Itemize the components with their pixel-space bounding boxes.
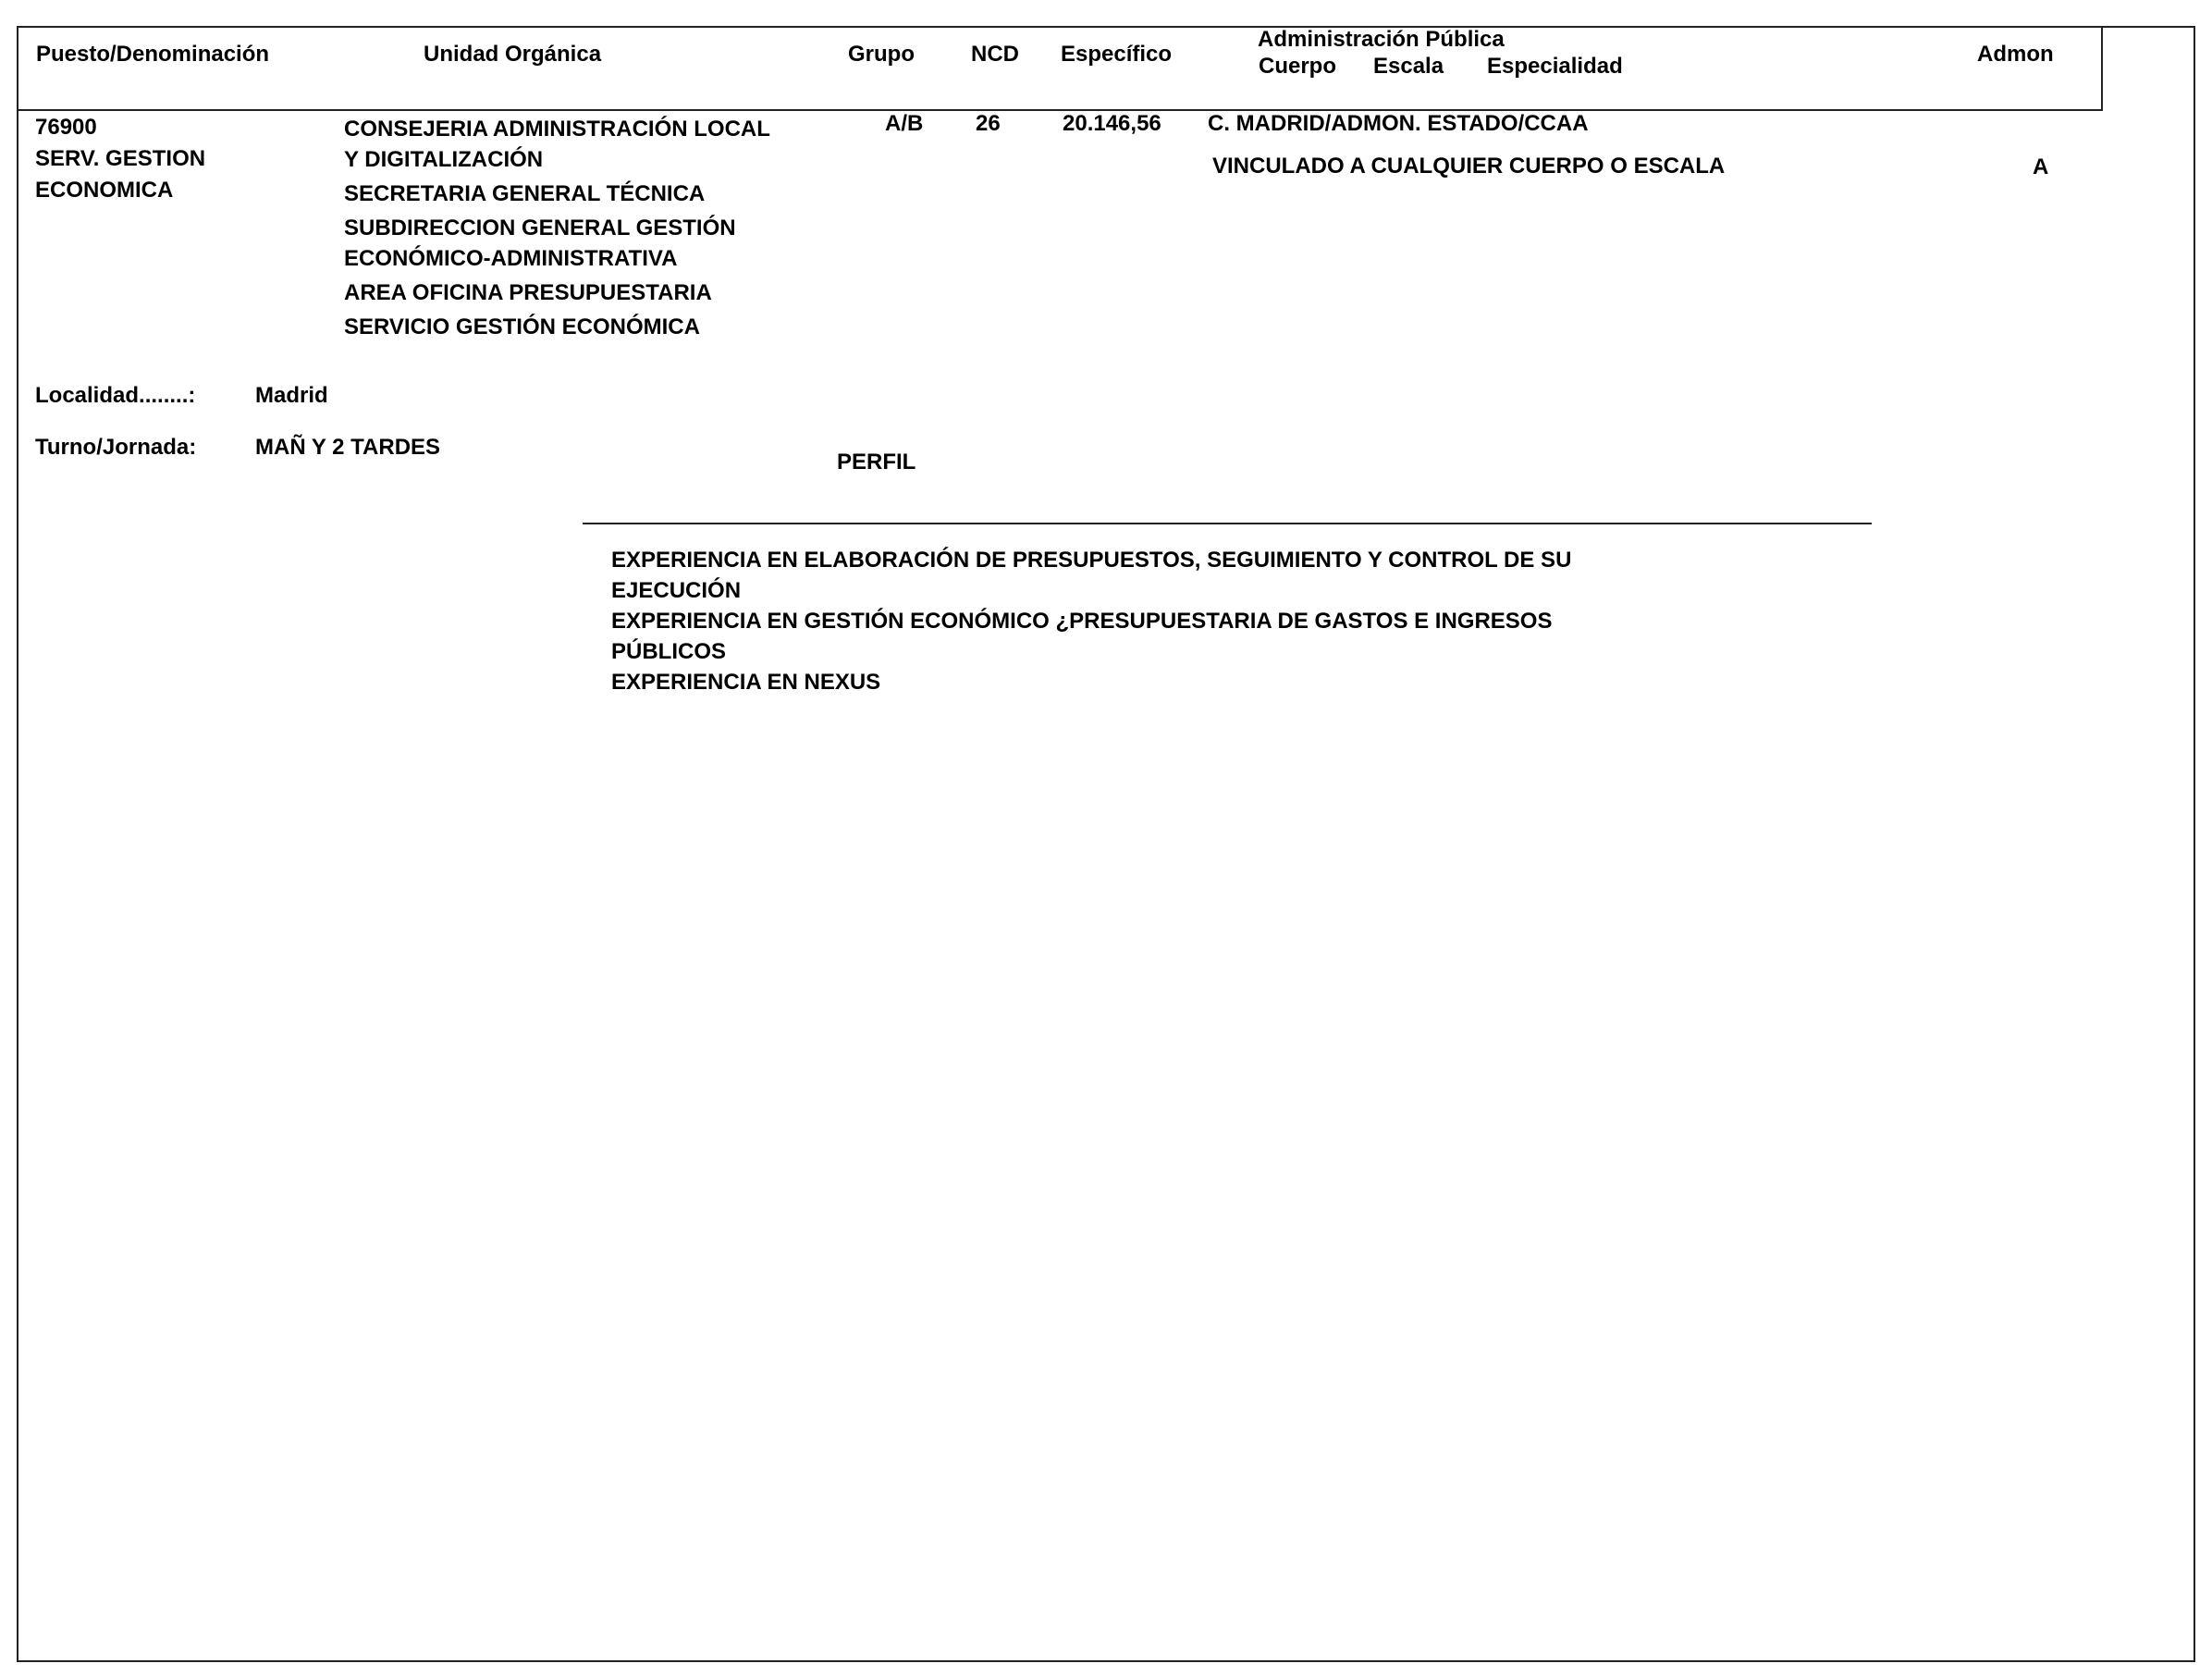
puesto-cell: 76900 SERV. GESTION ECONOMICA bbox=[35, 112, 205, 206]
localidad-label: Localidad........: bbox=[35, 385, 195, 407]
unidad-organica-cell: CONSEJERIA ADMINISTRACIÓN LOCAL Y DIGITA… bbox=[344, 114, 770, 346]
unidad-subdireccion: SUBDIRECCION GENERAL GESTIÓN ECONÓMICO-A… bbox=[344, 213, 770, 274]
unidad-line: AREA OFICINA PRESUPUESTARIA bbox=[344, 277, 770, 308]
especifico-value: 20.146,56 bbox=[1063, 113, 1161, 135]
puesto-denominacion-1: SERV. GESTION bbox=[35, 143, 205, 175]
cuerpo-escala-value: VINCULADO A CUALQUIER CUERPO O ESCALA bbox=[1212, 155, 1725, 178]
header-escala: Escala bbox=[1373, 55, 1444, 78]
unidad-secretaria: SECRETARIA GENERAL TÉCNICA bbox=[344, 179, 770, 209]
perfil-line: EXPERIENCIA EN ELABORACIÓN DE PRESUPUEST… bbox=[611, 545, 1571, 575]
localidad-value: Madrid bbox=[255, 385, 328, 407]
header-box-bottom bbox=[17, 109, 2103, 111]
admon-value: A bbox=[2033, 156, 2048, 179]
perfil-line: EXPERIENCIA EN GESTIÓN ECONÓMICO ¿PRESUP… bbox=[611, 606, 1571, 636]
unidad-line: SUBDIRECCION GENERAL GESTIÓN bbox=[344, 213, 770, 243]
perfil-line: PÚBLICOS bbox=[611, 636, 1571, 667]
header-puesto: Puesto/Denominación bbox=[36, 43, 269, 66]
administracion-value: C. MADRID/ADMON. ESTADO/CCAA bbox=[1208, 113, 1589, 135]
perfil-divider bbox=[583, 523, 1872, 524]
header-cuerpo: Cuerpo bbox=[1259, 55, 1336, 78]
perfil-line: EJECUCIÓN bbox=[611, 575, 1571, 606]
turno-value: MAÑ Y 2 TARDES bbox=[255, 437, 440, 459]
header-admon: Admon bbox=[1977, 43, 2054, 66]
puesto-codigo: 76900 bbox=[35, 112, 205, 143]
unidad-line: CONSEJERIA ADMINISTRACIÓN LOCAL bbox=[344, 114, 770, 144]
unidad-servicio: SERVICIO GESTIÓN ECONÓMICA bbox=[344, 312, 770, 342]
header-box-right bbox=[2101, 26, 2103, 111]
perfil-lines: EXPERIENCIA EN ELABORACIÓN DE PRESUPUEST… bbox=[611, 545, 1571, 697]
puesto-denominacion-2: ECONOMICA bbox=[35, 175, 205, 206]
header-unidad: Unidad Orgánica bbox=[424, 43, 601, 66]
unidad-area: AREA OFICINA PRESUPUESTARIA bbox=[344, 277, 770, 308]
unidad-line: SECRETARIA GENERAL TÉCNICA bbox=[344, 179, 770, 209]
page-frame-bottom bbox=[17, 1660, 2195, 1662]
ncd-value: 26 bbox=[976, 113, 1001, 135]
turno-label: Turno/Jornada: bbox=[35, 437, 196, 459]
header-admin-publica: Administración Pública bbox=[1258, 29, 1505, 51]
grupo-value: A/B bbox=[885, 113, 923, 135]
unidad-line: Y DIGITALIZACIÓN bbox=[344, 144, 770, 175]
unidad-consejeria: CONSEJERIA ADMINISTRACIÓN LOCAL Y DIGITA… bbox=[344, 114, 770, 175]
header-ncd: NCD bbox=[971, 43, 1019, 66]
perfil-line: EXPERIENCIA EN NEXUS bbox=[611, 667, 1571, 697]
page-frame-left bbox=[17, 26, 18, 1662]
header-grupo: Grupo bbox=[848, 43, 915, 66]
unidad-line: ECONÓMICO-ADMINISTRATIVA bbox=[344, 243, 770, 274]
header-especifico: Específico bbox=[1061, 43, 1172, 66]
perfil-title: PERFIL bbox=[837, 451, 916, 474]
page-frame-right bbox=[2194, 26, 2195, 1662]
unidad-line: SERVICIO GESTIÓN ECONÓMICA bbox=[344, 312, 770, 342]
header-especialidad: Especialidad bbox=[1487, 55, 1623, 78]
page-frame-top bbox=[17, 26, 2195, 28]
